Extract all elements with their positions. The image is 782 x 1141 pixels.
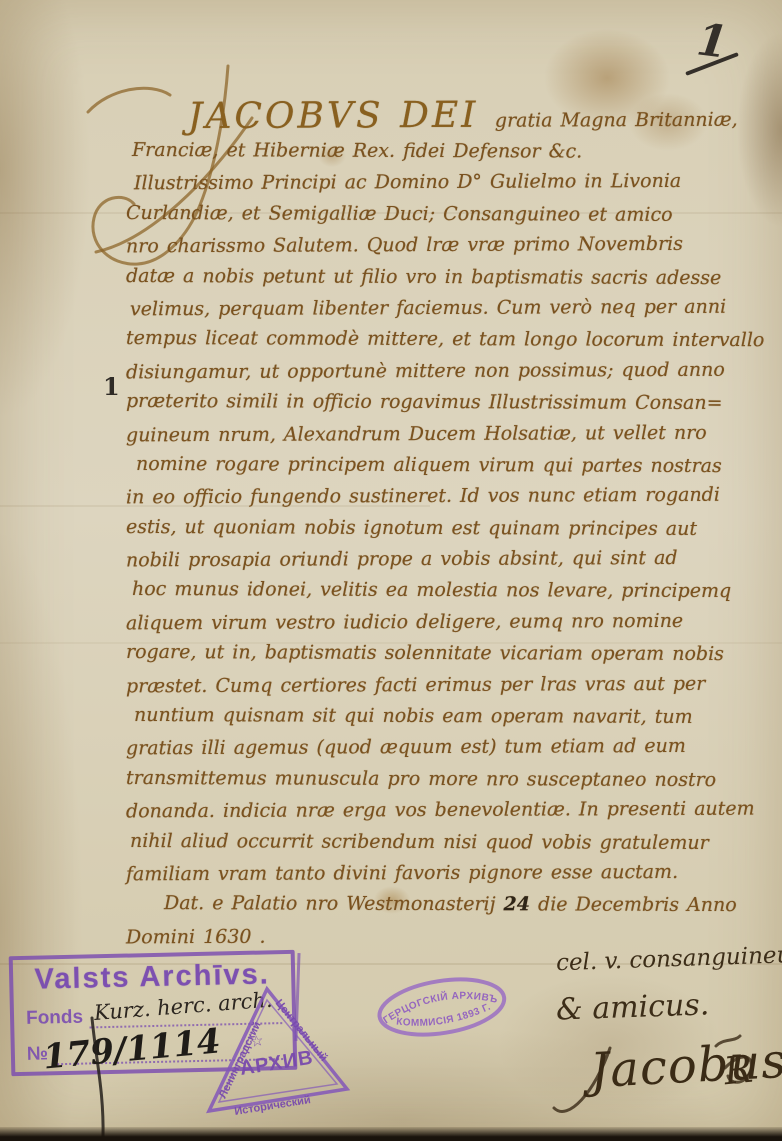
manuscript-text: die Decembris Anno	[530, 894, 737, 917]
manuscript-text: nobili prosapia oriundi prope a vobis ab…	[126, 547, 678, 571]
manuscript-line: hoc munus idonei, velitis ea molestia no…	[126, 574, 732, 608]
manuscript-line: nomine rogare principem aliquem virum qu…	[126, 449, 732, 483]
manuscript-text: præterito simili in officio rogavimus Il…	[126, 390, 723, 414]
manuscript-line: præstet. Cumq certiores facti erimus per…	[126, 668, 732, 702]
oval-archive-stamp: ГЕРЦОГСКІЙ АРХИВЪ КОММИСІЯ 1893 Г.	[368, 964, 517, 1051]
manuscript-line: JACOBVS DEI gratia Magna Britanniæ,	[126, 95, 732, 138]
manuscript-line: præterito simili in officio rogavimus Il…	[126, 386, 732, 420]
manuscript-text: nihil aliud occurrit scribendum nisi quo…	[130, 830, 709, 854]
manuscript-text: Domini 1630 .	[126, 925, 266, 948]
manuscript-line: transmittemus munuscula pro more nro sus…	[126, 763, 732, 797]
manuscript-line: nobili prosapia oriundi prope a vobis ab…	[126, 543, 732, 577]
manuscript-text: gratia Magna Britanniæ,	[495, 109, 738, 132]
manuscript-text: nuntium quisnam sit qui nobis eam operam…	[134, 704, 693, 728]
manuscript-line: donanda. indicia nræ erga vos benevolent…	[126, 794, 732, 828]
manuscript-text: rogare, ut in, baptismatis solennitate v…	[126, 641, 724, 665]
manuscript-text: hoc munus idonei, velitis ea molestia no…	[132, 578, 731, 602]
manuscript-text: gratias illi agemus (quod æquum est) tum…	[126, 735, 686, 759]
manuscript-line: aliquem virum vestro iudicio deligere, e…	[126, 606, 732, 640]
manuscript-text: tempus liceat commodè mittere, et tam lo…	[126, 327, 764, 351]
manuscript-line: rogare, ut in, baptismatis solennitate v…	[126, 637, 732, 671]
triangle-archive-stamp: Ленинградский Центральный Исторический ☆…	[195, 983, 357, 1141]
photo-bottom-edge	[0, 1127, 782, 1141]
closing-amicus: & amicus.	[555, 987, 709, 1027]
manuscript-text: nomine rogare principem aliquem virum qu…	[136, 453, 722, 477]
manuscript-text: datæ a nobis petunt ut filio vro in bapt…	[126, 265, 721, 289]
manuscript-text: præstet. Cumq certiores facti erimus per…	[126, 672, 705, 697]
star-icon: ☆	[249, 1032, 265, 1051]
manuscript-line: Illustrissimo Principi ac Domino D° Guli…	[126, 166, 732, 200]
manuscript-line: familiam vram tanto divini favoris pigno…	[126, 857, 732, 891]
manuscript-text: Dat. e Palatio nro Westmonasterij	[164, 892, 504, 915]
manuscript-text: Franciæ, et Hiberniæ Rex. fidei Defensor…	[132, 139, 582, 163]
manuscript-text: nro charissmo Salutem. Quod lræ vræ prim…	[126, 233, 683, 257]
signature-flourish	[540, 1030, 780, 1140]
manuscript-line: guineum nrum, Alexandrum Ducem Holsatiæ,…	[126, 417, 732, 451]
manuscript-line: datæ a nobis petunt ut filio vro in bapt…	[126, 261, 732, 295]
manuscript-text: guineum nrum, Alexandrum Ducem Holsatiæ,…	[126, 421, 707, 446]
manuscript-line: in eo officio fungendo sustineret. Id vo…	[126, 480, 732, 514]
margin-number: 1	[103, 372, 120, 401]
manuscript-line: Curlandiæ, et Semigalliæ Duci; Consangui…	[126, 198, 732, 232]
manuscript-line: tempus liceat commodè mittere, et tam lo…	[126, 323, 732, 357]
fonds-label: Fonds	[26, 1007, 83, 1030]
manuscript-text: Curlandiæ, et Semigalliæ Duci; Consangui…	[126, 202, 673, 226]
manuscript-text: transmittemus munuscula pro more nro sus…	[126, 767, 716, 791]
manuscript-text: in eo officio fungendo sustineret. Id vo…	[126, 484, 720, 509]
manuscript-line: Franciæ, et Hiberniæ Rex. fidei Defensor…	[126, 135, 732, 169]
letter-body: JACOBVS DEI gratia Magna Britanniæ,Franc…	[126, 96, 732, 952]
manuscript-line: Dat. e Palatio nro Westmonasterij 24 die…	[126, 888, 732, 922]
manuscript-line: velimus, perquam libenter faciemus. Cum …	[126, 292, 732, 326]
manuscript-page: 1 1 JACOBVS DEI gratia Magna Britanniæ,F…	[0, 0, 782, 1141]
manuscript-line: nuntium quisnam sit qui nobis eam operam…	[126, 700, 732, 734]
manuscript-line: gratias illi agemus (quod æquum est) tum…	[126, 731, 732, 765]
manuscript-line: nro charissmo Salutem. Quod lræ vræ prim…	[126, 229, 732, 263]
manuscript-text: disiungamur, ut opportunè mittere non po…	[126, 358, 725, 383]
manuscript-text: donanda. indicia nræ erga vos benevolent…	[126, 798, 755, 823]
manuscript-line: nihil aliud occurrit scribendum nisi quo…	[126, 826, 732, 860]
manuscript-text: 24	[504, 894, 531, 916]
manuscript-text: velimus, perquam libenter faciemus. Cum …	[130, 296, 726, 321]
manuscript-line: estis, ut quoniam nobis ignotum est quin…	[126, 512, 732, 546]
manuscript-text: aliquem virum vestro iudicio deligere, e…	[126, 610, 683, 634]
manuscript-line: disiungamur, ut opportunè mittere non po…	[126, 354, 732, 388]
manuscript-text: JACOBVS DEI	[188, 95, 495, 137]
manuscript-text: estis, ut quoniam nobis ignotum est quin…	[126, 516, 697, 540]
manuscript-text: Illustrissimo Principi ac Domino D° Guli…	[134, 170, 681, 194]
manuscript-text: familiam vram tanto divini favoris pigno…	[126, 861, 678, 885]
